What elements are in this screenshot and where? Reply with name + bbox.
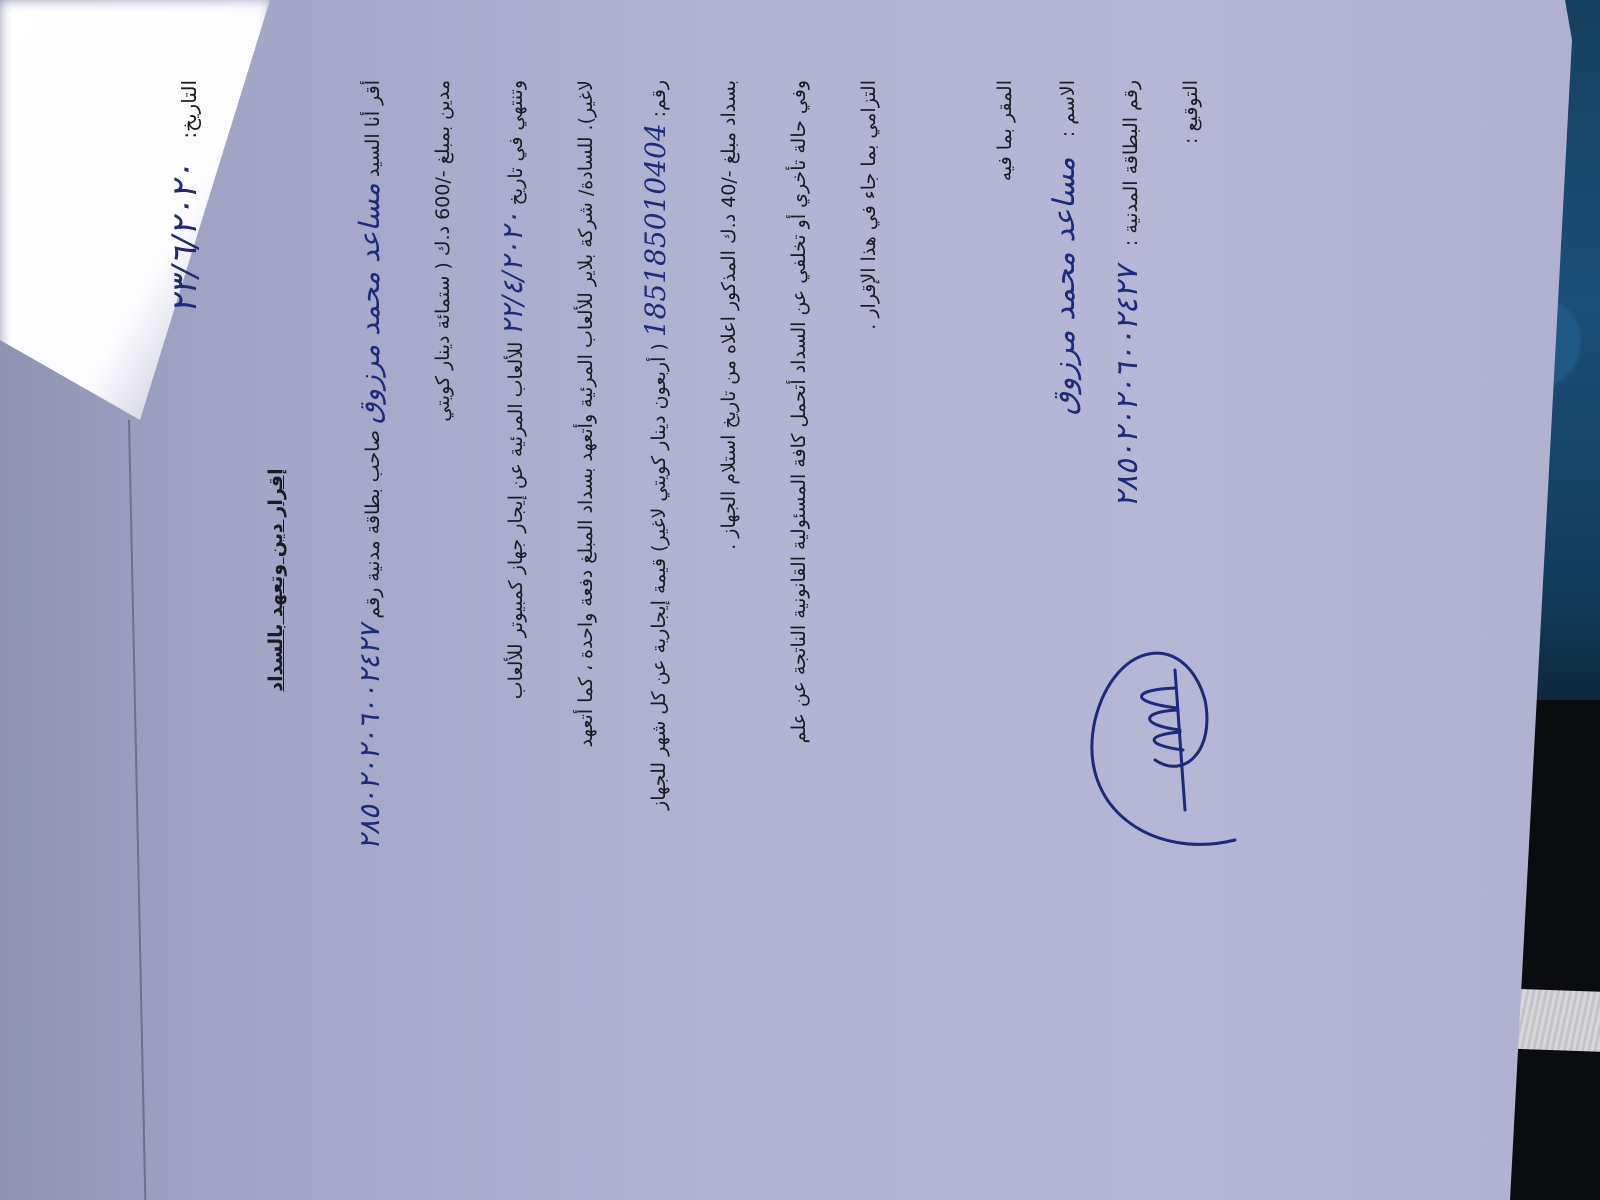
handwritten-signature: [1035, 610, 1255, 870]
body-text: المذكور اعلاه من تاريخ استلام الجهاز .: [718, 250, 740, 550]
civil-id-label: رقم البطاقة المدنية :: [1120, 80, 1142, 246]
body-text: وأتعهد بسداد المبلغ دفعة واحدة ، كما أتع…: [575, 414, 597, 748]
date-row: التاريخ: ٢٣/٦/٢٠٢٠: [165, 80, 205, 314]
body-text: أقر أنا السيد: [362, 80, 384, 177]
account-number: 185185010404: [639, 123, 672, 337]
paper-sheet: التاريخ: ٢٣/٦/٢٠٢٠ إقرار دين وتعهد بالسد…: [0, 0, 1572, 1200]
name-value: مساعد محمد مرزوق: [1047, 157, 1082, 415]
acknowledger-label: المقر بما فيه: [975, 80, 1035, 508]
civil-id-value: ٢٨٥٠٢٠٢٠٦٠٠٢٤٢٧: [1110, 266, 1145, 508]
document-body: أقر أنا السيد مساعد محمد مرزوق صاحب بطاق…: [335, 80, 904, 1080]
body-text: مدين بمبلغ ‎600/-‎ د.ك ( ستمائة دينار كو…: [432, 80, 454, 422]
body-text: للألعاب المرئية عن إيجار جهاز كمبيوتر لل…: [505, 342, 527, 700]
civil-id-row: رقم البطاقة المدنية : ٢٨٥٠٢٠٢٠٦٠٠٢٤٢٧: [1098, 80, 1161, 508]
body-text: لاغير). للسادة/ شركة بلاير للألعاب المرئ…: [575, 80, 597, 408]
debt-acknowledgment-document: التاريخ: ٢٣/٦/٢٠٢٠ إقرار دين وتعهد بالسد…: [135, 40, 1295, 1120]
debtor-name: مساعد محمد مرزوق: [353, 183, 386, 424]
body-text: بسداد مبلغ ‎40/-‎ د.ك: [718, 80, 740, 244]
closing-block: المقر بما فيه الاسم : مساعد محمد مرزوق ر…: [975, 80, 1221, 508]
date-value: ٢٣/٦/٢٠٢٠: [165, 163, 205, 314]
end-date: ٢٢/٤/٢٠٢٠: [496, 211, 529, 335]
name-row: الاسم : مساعد محمد مرزوق: [1035, 80, 1098, 508]
body-text: ( أربعون دينار كويتي لاغير) قيمة إيجارية…: [648, 343, 670, 810]
name-label: الاسم :: [1057, 80, 1079, 137]
body-text: وتنتهي في تاريخ: [505, 80, 527, 205]
body-text: صاحب بطاقة مدنية رقم: [362, 430, 384, 619]
body-text: التزامي بما جاء في هذا الإقرار .: [858, 80, 880, 330]
document-title: إقرار دين وتعهد بالسداد: [265, 40, 287, 1120]
civil-id-number: ٢٨٥٠٢٠٢٠٦٠٠٢٤٢٧: [353, 625, 386, 851]
signature-label: التوقيع :: [1161, 80, 1221, 508]
body-text: وفي حالة تأخري أو تخلفي عن السداد أتحمل …: [788, 80, 810, 743]
date-label: التاريخ:: [177, 80, 201, 139]
body-text: رقم:: [648, 80, 670, 117]
